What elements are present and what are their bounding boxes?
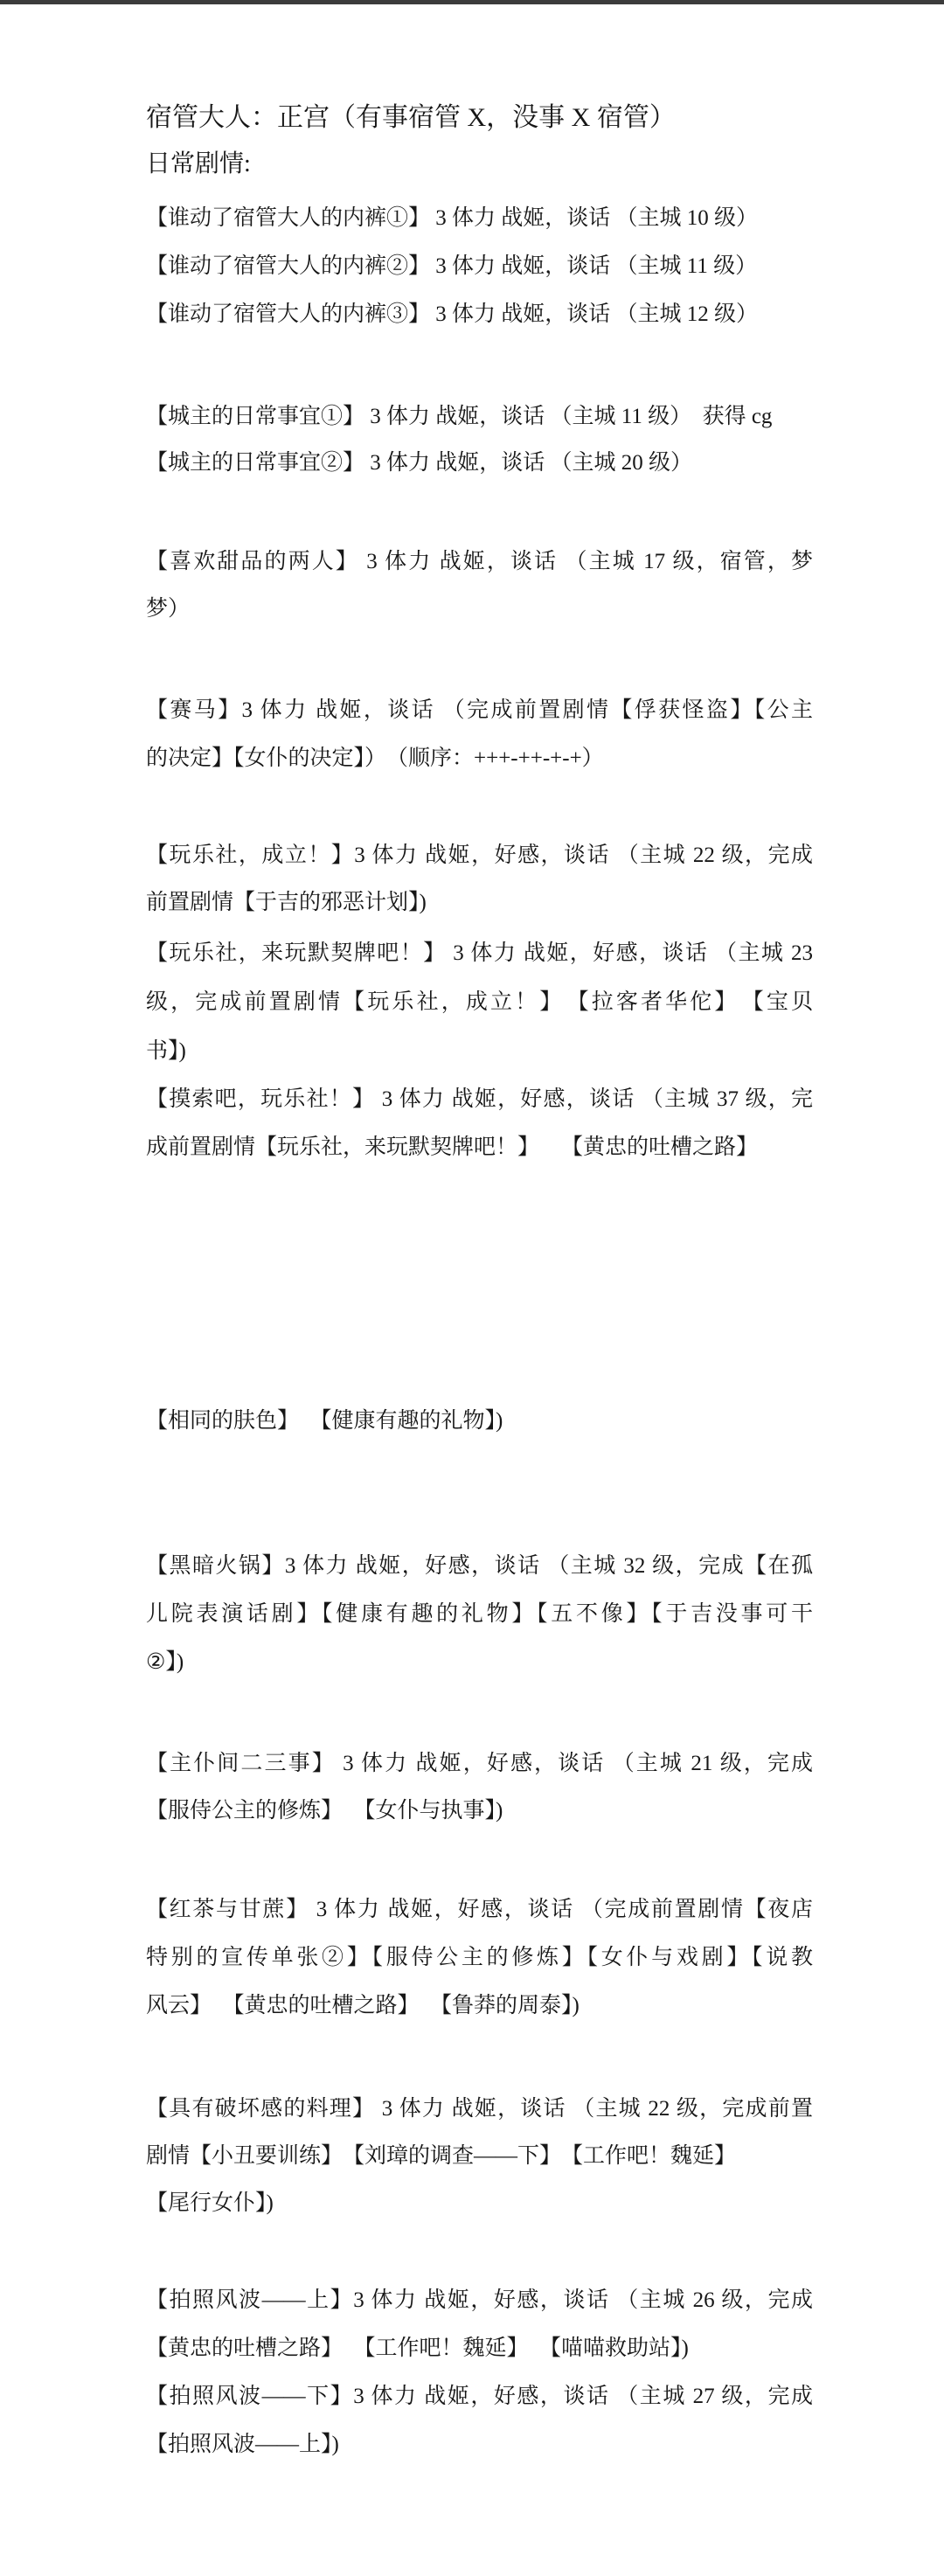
- doc-line: 儿院表演话剧】【健康有趣的礼物】【五不像】【于吉没事可干: [146, 1597, 813, 1632]
- doc-line: 【城主的日常事宜①】 3 体力 战姬，谈话 （主城 11 级） 获得 cg: [146, 399, 813, 434]
- doc-line: 【服侍公主的修炼】 【女仆与执事】): [146, 1794, 813, 1829]
- doc-line: 【摸索吧，玩乐社！】 3 体力 战姬，好感，谈话 （主城 37 级，完: [146, 1082, 813, 1117]
- doc-line: 【相同的肤色】 【健康有趣的礼物】): [146, 1404, 813, 1439]
- doc-line: 前置剧情【于吉的邪恶计划】): [146, 885, 813, 920]
- doc-line: 【玩乐社，成立！】3 体力 战姬，好感，谈话 （主城 22 级，完成: [146, 838, 813, 873]
- doc-line: 风云】 【黄忠的吐槽之路】 【鲁莽的周泰】): [146, 1989, 813, 2024]
- section-heading: 日常剧情:: [146, 147, 813, 182]
- doc-line: 【黑暗火锅】3 体力 战姬，好感，谈话 （主城 32 级，完成【在孤: [146, 1549, 813, 1584]
- doc-line: 【谁动了宿管大人的内裤②】 3 体力 战姬，谈话 （主城 11 级）: [146, 249, 813, 284]
- doc-line: 【喜欢甜品的两人】 3 体力 战姬，谈话 （主城 17 级，宿管，梦: [146, 545, 813, 580]
- doc-line: 【主仆间二三事】 3 体力 战姬，好感，谈话 （主城 21 级，完成: [146, 1746, 813, 1781]
- doc-line: 【尾行女仆】): [146, 2186, 813, 2221]
- doc-line: 书】): [146, 1034, 813, 1069]
- doc-line: 级，完成前置剧情【玩乐社，成立！】 【拉客者华佗】 【宝贝: [146, 985, 813, 1020]
- doc-line: 【城主的日常事宜②】 3 体力 战姬，谈话 （主城 20 级）: [146, 446, 813, 481]
- document-page: 宿管大人：正宫（有事宿管 X，没事 X 宿管） 日常剧情: 【谁动了宿管大人的内…: [0, 0, 944, 2576]
- doc-line: 剧情【小丑要训练】 【刘璋的调查——下】 【工作吧！魏延】: [146, 2139, 813, 2174]
- doc-line: 【拍照风波——上】): [146, 2427, 813, 2462]
- doc-line: 【赛马】3 体力 战姬，谈话 （完成前置剧情【俘获怪盗】【公主: [146, 693, 813, 728]
- doc-line: 【玩乐社，来玩默契牌吧！】 3 体力 战姬，好感，谈话 （主城 23: [146, 936, 813, 971]
- doc-line: 【具有破坏感的料理】 3 体力 战姬，谈话 （主城 22 级，完成前置: [146, 2092, 813, 2127]
- doc-line: 的决定】【女仆的决定】） （顺序：+++-++-+-+）: [146, 741, 813, 776]
- doc-line: 【红茶与甘蔗】 3 体力 战姬，好感，谈话 （完成前置剧情【夜店: [146, 1892, 813, 1927]
- doc-line: 【谁动了宿管大人的内裤③】 3 体力 战姬，谈话 （主城 12 级）: [146, 297, 813, 332]
- doc-line: 成前置剧情【玩乐社，来玩默契牌吧！】 【黄忠的吐槽之路】: [146, 1130, 813, 1165]
- doc-line: ②】): [146, 1645, 813, 1680]
- doc-line: 【黄忠的吐槽之路】 【工作吧！魏延】 【喵喵救助站】): [146, 2331, 813, 2366]
- doc-line: 梦）: [146, 592, 813, 627]
- doc-line: 【谁动了宿管大人的内裤①】 3 体力 战姬，谈话 （主城 10 级）: [146, 201, 813, 236]
- window-top-bar: [0, 0, 944, 4]
- doc-line: 特别的宣传单张②】【服侍公主的修炼】【女仆与戏剧】【说教: [146, 1941, 813, 1975]
- doc-line: 【拍照风波——下】3 体力 战姬，好感，谈话 （主城 27 级，完成: [146, 2379, 813, 2414]
- doc-line: 【拍照风波——上】3 体力 战姬，好感，谈话 （主城 26 级，完成: [146, 2283, 813, 2318]
- document-title: 宿管大人：正宫（有事宿管 X，没事 X 宿管）: [146, 99, 813, 137]
